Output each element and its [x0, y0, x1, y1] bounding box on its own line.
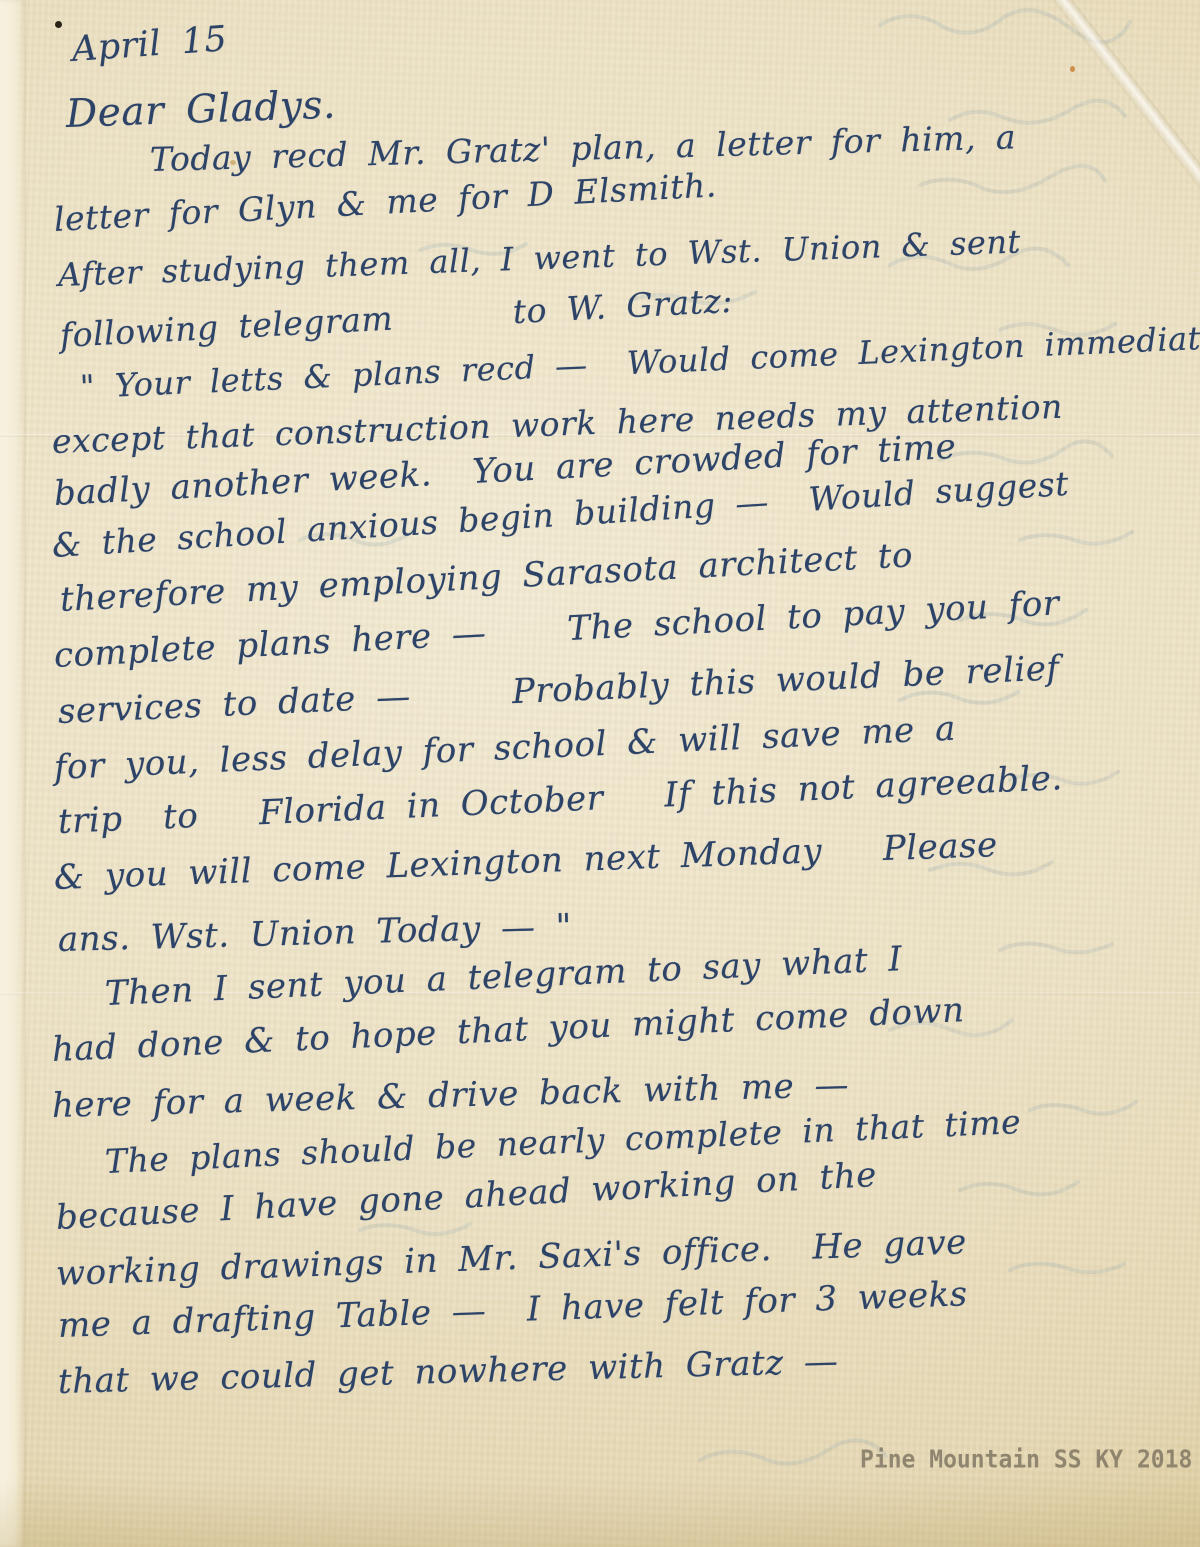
letter-line: that we could get nowhere with Gratz —	[57, 1342, 838, 1402]
salutation: Dear Gladys.	[65, 83, 336, 137]
paper-speck	[55, 21, 62, 28]
letter-page: April 15 Dear Gladys. Today recd Mr. Gra…	[0, 0, 1200, 1547]
date-line: April 15	[71, 19, 229, 70]
scan-watermark: Pine Mountain SS KY 2018	[860, 1446, 1192, 1474]
paper-speck	[1070, 66, 1075, 72]
page-left-edge	[0, 0, 26, 1547]
letter-line: ans. Wst. Union Today — "	[57, 907, 572, 960]
letter-line: After studying them all, I went to Wst. …	[57, 222, 1021, 294]
corner-crease	[1046, 0, 1200, 228]
page-bottom-shadow	[0, 1477, 1200, 1547]
